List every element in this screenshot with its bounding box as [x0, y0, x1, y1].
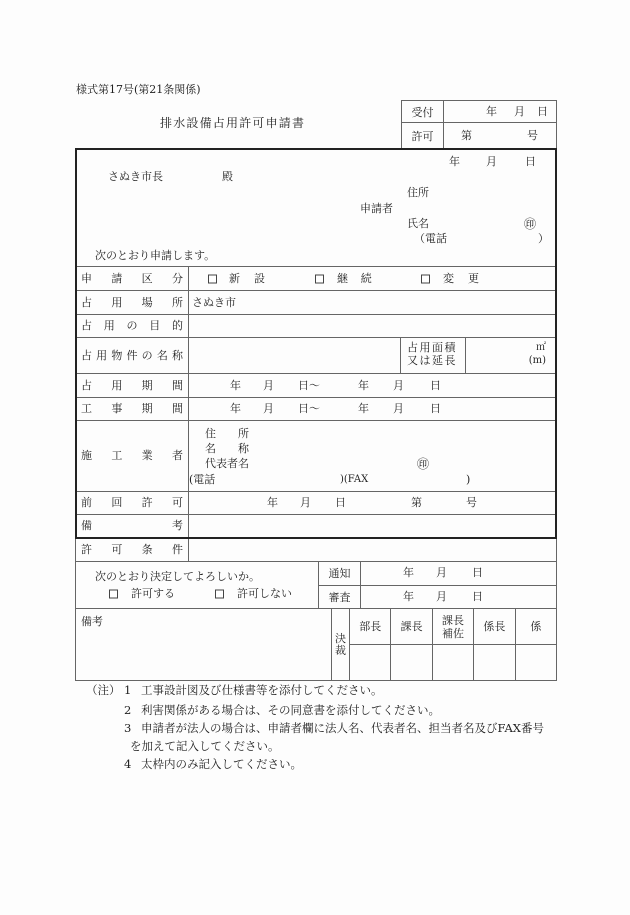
review-year: 年 — [403, 590, 414, 604]
prev-no-prefix: 第 — [411, 496, 422, 510]
review-row: 審査 年 月 日 — [319, 586, 556, 609]
contractor-representative-label: 代表者名 — [205, 457, 249, 471]
from-day: 日〜 — [298, 379, 320, 393]
note-text: 利害関係がある場合は、その同意書を添付してください。 — [141, 703, 440, 717]
note-text: 工事設計図及び仕様書等を添付してください。 — [141, 683, 383, 697]
prev-month: 月 — [300, 496, 311, 510]
notice-month: 月 — [436, 566, 447, 580]
decision-dates: 通知 年 月 日 審査 年 月 日 — [319, 562, 556, 608]
applicant-phone-close: ） — [538, 232, 549, 246]
stamp-cell-subsection-chief[interactable] — [474, 645, 515, 680]
stamp-cell-staff[interactable] — [516, 645, 556, 680]
from-month: 月 — [263, 379, 274, 393]
contractor-field[interactable]: 住所 名称 代表者名 ㊞ (電話 )(FAX ) — [189, 421, 555, 491]
to-year: 年 — [358, 379, 369, 393]
to-month: 月 — [393, 402, 404, 416]
contractor-name-label: 名称 — [205, 442, 271, 456]
office-reception-box: 受付 年 月 日 許可 第 号 — [401, 100, 557, 149]
checkbox-approve[interactable] — [109, 590, 118, 599]
object-name-field[interactable] — [189, 338, 401, 373]
from-year: 年 — [230, 379, 241, 393]
row-construction-period: 工事期間 年 月 日〜 年 月 日 — [77, 397, 555, 420]
notice-year: 年 — [403, 566, 414, 580]
reception-month: 月 — [514, 105, 525, 119]
area-length-field[interactable]: ㎡ (m) — [466, 338, 555, 373]
prev-year: 年 — [267, 496, 278, 510]
purpose-field[interactable] — [189, 315, 555, 337]
notice-label: 通知 — [319, 562, 361, 585]
prev-no-suffix: 号 — [466, 496, 477, 510]
approval-label: 決裁 — [332, 609, 350, 680]
approval-col-subsection-chief: 係長 — [474, 609, 515, 644]
decision-block: 次のとおり決定してよろしいか。 許可する 許可しない 通知 年 月 日 審査 年… — [75, 562, 557, 609]
applicant-label: 申請者 — [360, 202, 393, 216]
label-purpose: 占用の目的 — [77, 315, 189, 337]
decision-question: 次のとおり決定してよろしいか。 — [95, 570, 260, 584]
applicant-header: 年 月 日 さぬき市長 殿 住所 申請者 氏名 ㊞ （電話 ） 次のとおり申請し… — [77, 150, 555, 266]
application-year: 年 — [449, 155, 460, 169]
review-day: 日 — [472, 590, 483, 604]
reception-date-field[interactable]: 年 月 日 — [444, 101, 556, 122]
option-continue-label: 継続 — [337, 272, 384, 286]
label-occupation-period: 占用期間 — [77, 374, 189, 397]
checkbox-reject[interactable] — [215, 590, 224, 599]
permit-no-prefix: 第 — [461, 129, 472, 143]
permit-label: 許可 — [402, 123, 444, 148]
prev-day: 日 — [335, 496, 346, 510]
application-month: 月 — [486, 155, 497, 169]
option-change-label: 変更 — [443, 272, 493, 286]
seal-icon: ㊞ — [417, 457, 429, 471]
permit-no-suffix: 号 — [527, 129, 538, 143]
row-contractor: 施工業者 住所 名称 代表者名 ㊞ (電話 )(FAX ) — [77, 420, 555, 491]
approval-stamp-row — [350, 645, 556, 680]
length-unit: (m) — [466, 354, 546, 367]
label-remarks: 備考 — [77, 515, 189, 537]
notice-row: 通知 年 月 日 — [319, 562, 556, 586]
note-text: 太枠内のみ記入してください。 — [141, 757, 302, 771]
row-location: 占用場所 さぬき市 — [77, 290, 555, 314]
note-number: 1 — [124, 683, 131, 697]
honorific: 殿 — [222, 170, 233, 184]
permit-row: 許可 第 号 — [402, 123, 556, 148]
addressee: さぬき市長 — [108, 170, 163, 184]
note-text: 申請者が法人の場合は、申請者欄に法人名、代表者名、担当者名及びFAX番号 — [141, 721, 544, 735]
application-statement: 次のとおり申請します。 — [95, 249, 215, 263]
remarks-field[interactable] — [189, 515, 555, 537]
location-field[interactable]: さぬき市 — [189, 291, 555, 314]
page-title: 排水設備占用許可申請書 — [160, 116, 305, 131]
decision-question-area: 次のとおり決定してよろしいか。 許可する 許可しない — [76, 562, 319, 608]
option-new-label: 新設 — [229, 272, 279, 286]
row-purpose: 占用の目的 — [77, 314, 555, 337]
from-year: 年 — [230, 402, 241, 416]
approval-stamp-grid: 部長 課長 課長 補佐 係長 係 — [350, 609, 556, 680]
review-month: 月 — [436, 590, 447, 604]
label-application-type: 申請区分 — [77, 267, 189, 290]
area-label-line1: 占用面積 — [407, 341, 465, 354]
application-type-options: 新設 継続 変更 — [189, 267, 555, 290]
office-remarks-block: 備考 決裁 部長 課長 課長 補佐 係長 係 — [75, 609, 557, 681]
note-text-continued: を加えて記入してください。 — [130, 739, 280, 753]
approval-col-section-chief: 課長 — [391, 609, 432, 644]
office-remarks-field[interactable]: 備考 — [76, 609, 332, 680]
checkbox-continue[interactable] — [315, 274, 324, 283]
review-label: 審査 — [319, 586, 361, 609]
applicant-address-label: 住所 — [407, 186, 429, 200]
permit-number-field[interactable]: 第 号 — [444, 123, 556, 148]
area-label-line2: 又は延長 — [407, 354, 465, 367]
to-year: 年 — [358, 402, 369, 416]
permit-conditions-field[interactable] — [189, 539, 556, 561]
contractor-phone-label: (電話 — [189, 473, 215, 487]
note-number: 4 — [124, 757, 131, 771]
note-number: 2 — [124, 703, 131, 717]
approval-col-deputy-chief: 課長 補佐 — [433, 609, 474, 644]
review-date-field[interactable]: 年 月 日 — [361, 586, 556, 609]
notes-prefix: （注） — [86, 683, 121, 697]
area-length-label: 占用面積 又は延長 — [401, 338, 466, 373]
area-unit: ㎡ — [466, 341, 546, 354]
to-day: 日 — [430, 402, 441, 416]
approval-header-row: 部長 課長 課長 補佐 係長 係 — [350, 609, 556, 645]
from-month: 月 — [263, 402, 274, 416]
notice-date-field[interactable]: 年 月 日 — [361, 562, 556, 585]
notice-day: 日 — [472, 566, 483, 580]
reception-row: 受付 年 月 日 — [402, 101, 556, 123]
previous-permit-field[interactable]: 年 月 日 第 号 — [189, 492, 555, 514]
stamp-cell-section-chief[interactable] — [391, 645, 432, 680]
label-permit-conditions: 許可条件 — [76, 539, 189, 561]
stamp-cell-deputy-chief[interactable] — [433, 645, 474, 680]
reception-day: 日 — [537, 105, 548, 119]
applicant-name-label: 氏名 — [407, 217, 429, 231]
row-application-type: 申請区分 新設 継続 変更 — [77, 266, 555, 290]
contractor-address-label: 住所 — [205, 427, 271, 441]
row-permit-conditions: 許可条件 — [75, 539, 557, 562]
row-object-name: 占用物件の名称 占用面積 又は延長 ㎡ (m) — [77, 337, 555, 373]
applicant-phone-label: （電話 — [414, 232, 447, 246]
reception-label: 受付 — [402, 101, 444, 122]
label-previous-permit: 前回許可 — [77, 492, 189, 514]
office-remarks-label: 備考 — [81, 615, 103, 629]
seal-icon: ㊞ — [524, 217, 536, 231]
construction-period-field[interactable]: 年 月 日〜 年 月 日 — [189, 398, 555, 420]
application-box: 年 月 日 さぬき市長 殿 住所 申請者 氏名 ㊞ （電話 ） 次のとおり申請し… — [75, 148, 557, 539]
to-day: 日 — [430, 379, 441, 393]
approval-col-staff: 係 — [516, 609, 556, 644]
stamp-cell-director[interactable] — [350, 645, 391, 680]
note-number: 3 — [124, 721, 131, 735]
checkbox-new[interactable] — [208, 274, 217, 283]
to-month: 月 — [393, 379, 404, 393]
occupation-period-field[interactable]: 年 月 日〜 年 月 日 — [189, 374, 555, 397]
row-occupation-period: 占用期間 年 月 日〜 年 月 日 — [77, 373, 555, 397]
label-object-name: 占用物件の名称 — [77, 338, 189, 373]
location-value: さぬき市 — [192, 296, 236, 310]
option-reject-label: 許可しない — [237, 587, 292, 601]
row-remarks: 備考 — [77, 514, 555, 537]
form-number: 様式第17号(第21条関係) — [76, 83, 201, 97]
contractor-fax-label: )(FAX — [340, 473, 368, 487]
row-previous-permit: 前回許可 年 月 日 第 号 — [77, 491, 555, 514]
reception-year: 年 — [486, 105, 497, 119]
option-approve-label: 許可する — [131, 587, 175, 601]
label-construction-period: 工事期間 — [77, 398, 189, 420]
approval-col-director: 部長 — [350, 609, 391, 644]
contractor-fax-close: ) — [466, 473, 470, 487]
label-contractor: 施工業者 — [77, 421, 189, 491]
label-location: 占用場所 — [77, 291, 189, 314]
from-day: 日〜 — [298, 402, 320, 416]
application-day: 日 — [525, 155, 536, 169]
checkbox-change[interactable] — [421, 274, 430, 283]
